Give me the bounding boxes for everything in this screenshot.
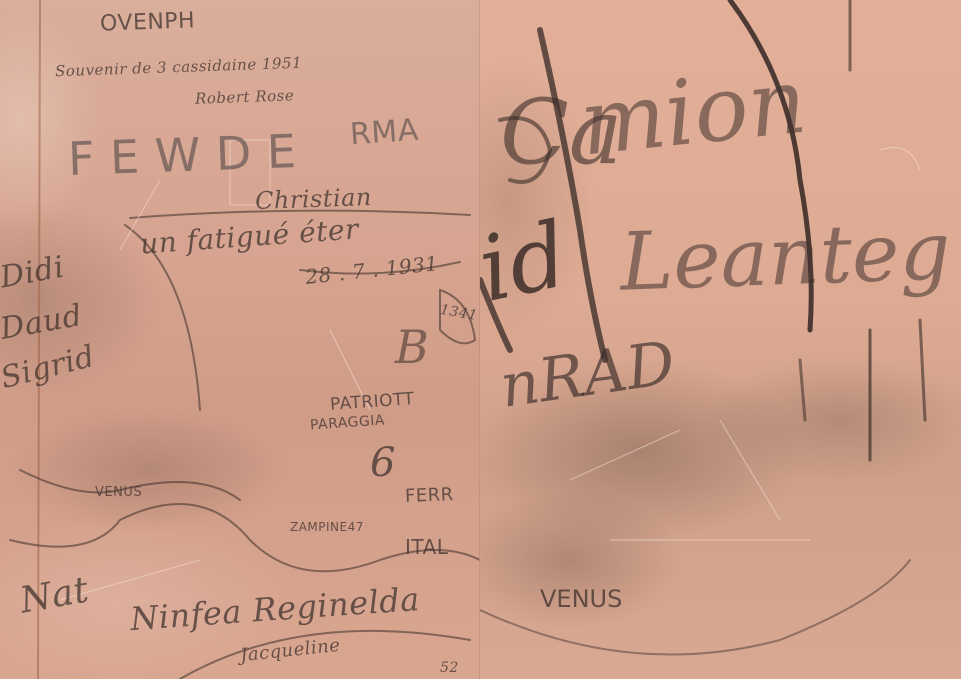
inscription-52: 52 [440,660,459,676]
inscription-b: B [395,320,429,374]
inscription-fewde: F E W D E [67,124,297,186]
right-wall-photo: Ca mion Leanteg id nRAD VENUS [480,0,961,679]
inscription-ital: ITAL [405,535,448,559]
inscription-leanteg: Leanteg [618,204,951,308]
inscription-six: 6 [370,440,396,486]
left-wall-photo: OVENPH Souvenir de 3 cassidaine 1951 Rob… [0,0,480,679]
inscription-robert-rose: Robert Rose [195,86,295,107]
inscription-rma: RMA [349,113,420,153]
inscription-venus-right: VENUS [540,585,622,613]
inscription-venus-left: VENUS [95,485,142,500]
graffiti-photo: OVENPH Souvenir de 3 cassidaine 1951 Rob… [0,0,961,679]
inscription-zampine: ZAMPINE47 [290,520,364,534]
inscription-christian: Christian [255,183,373,215]
inscription-ovenph: OVENPH [100,8,196,36]
inscription-ferr: FERR [405,484,454,507]
